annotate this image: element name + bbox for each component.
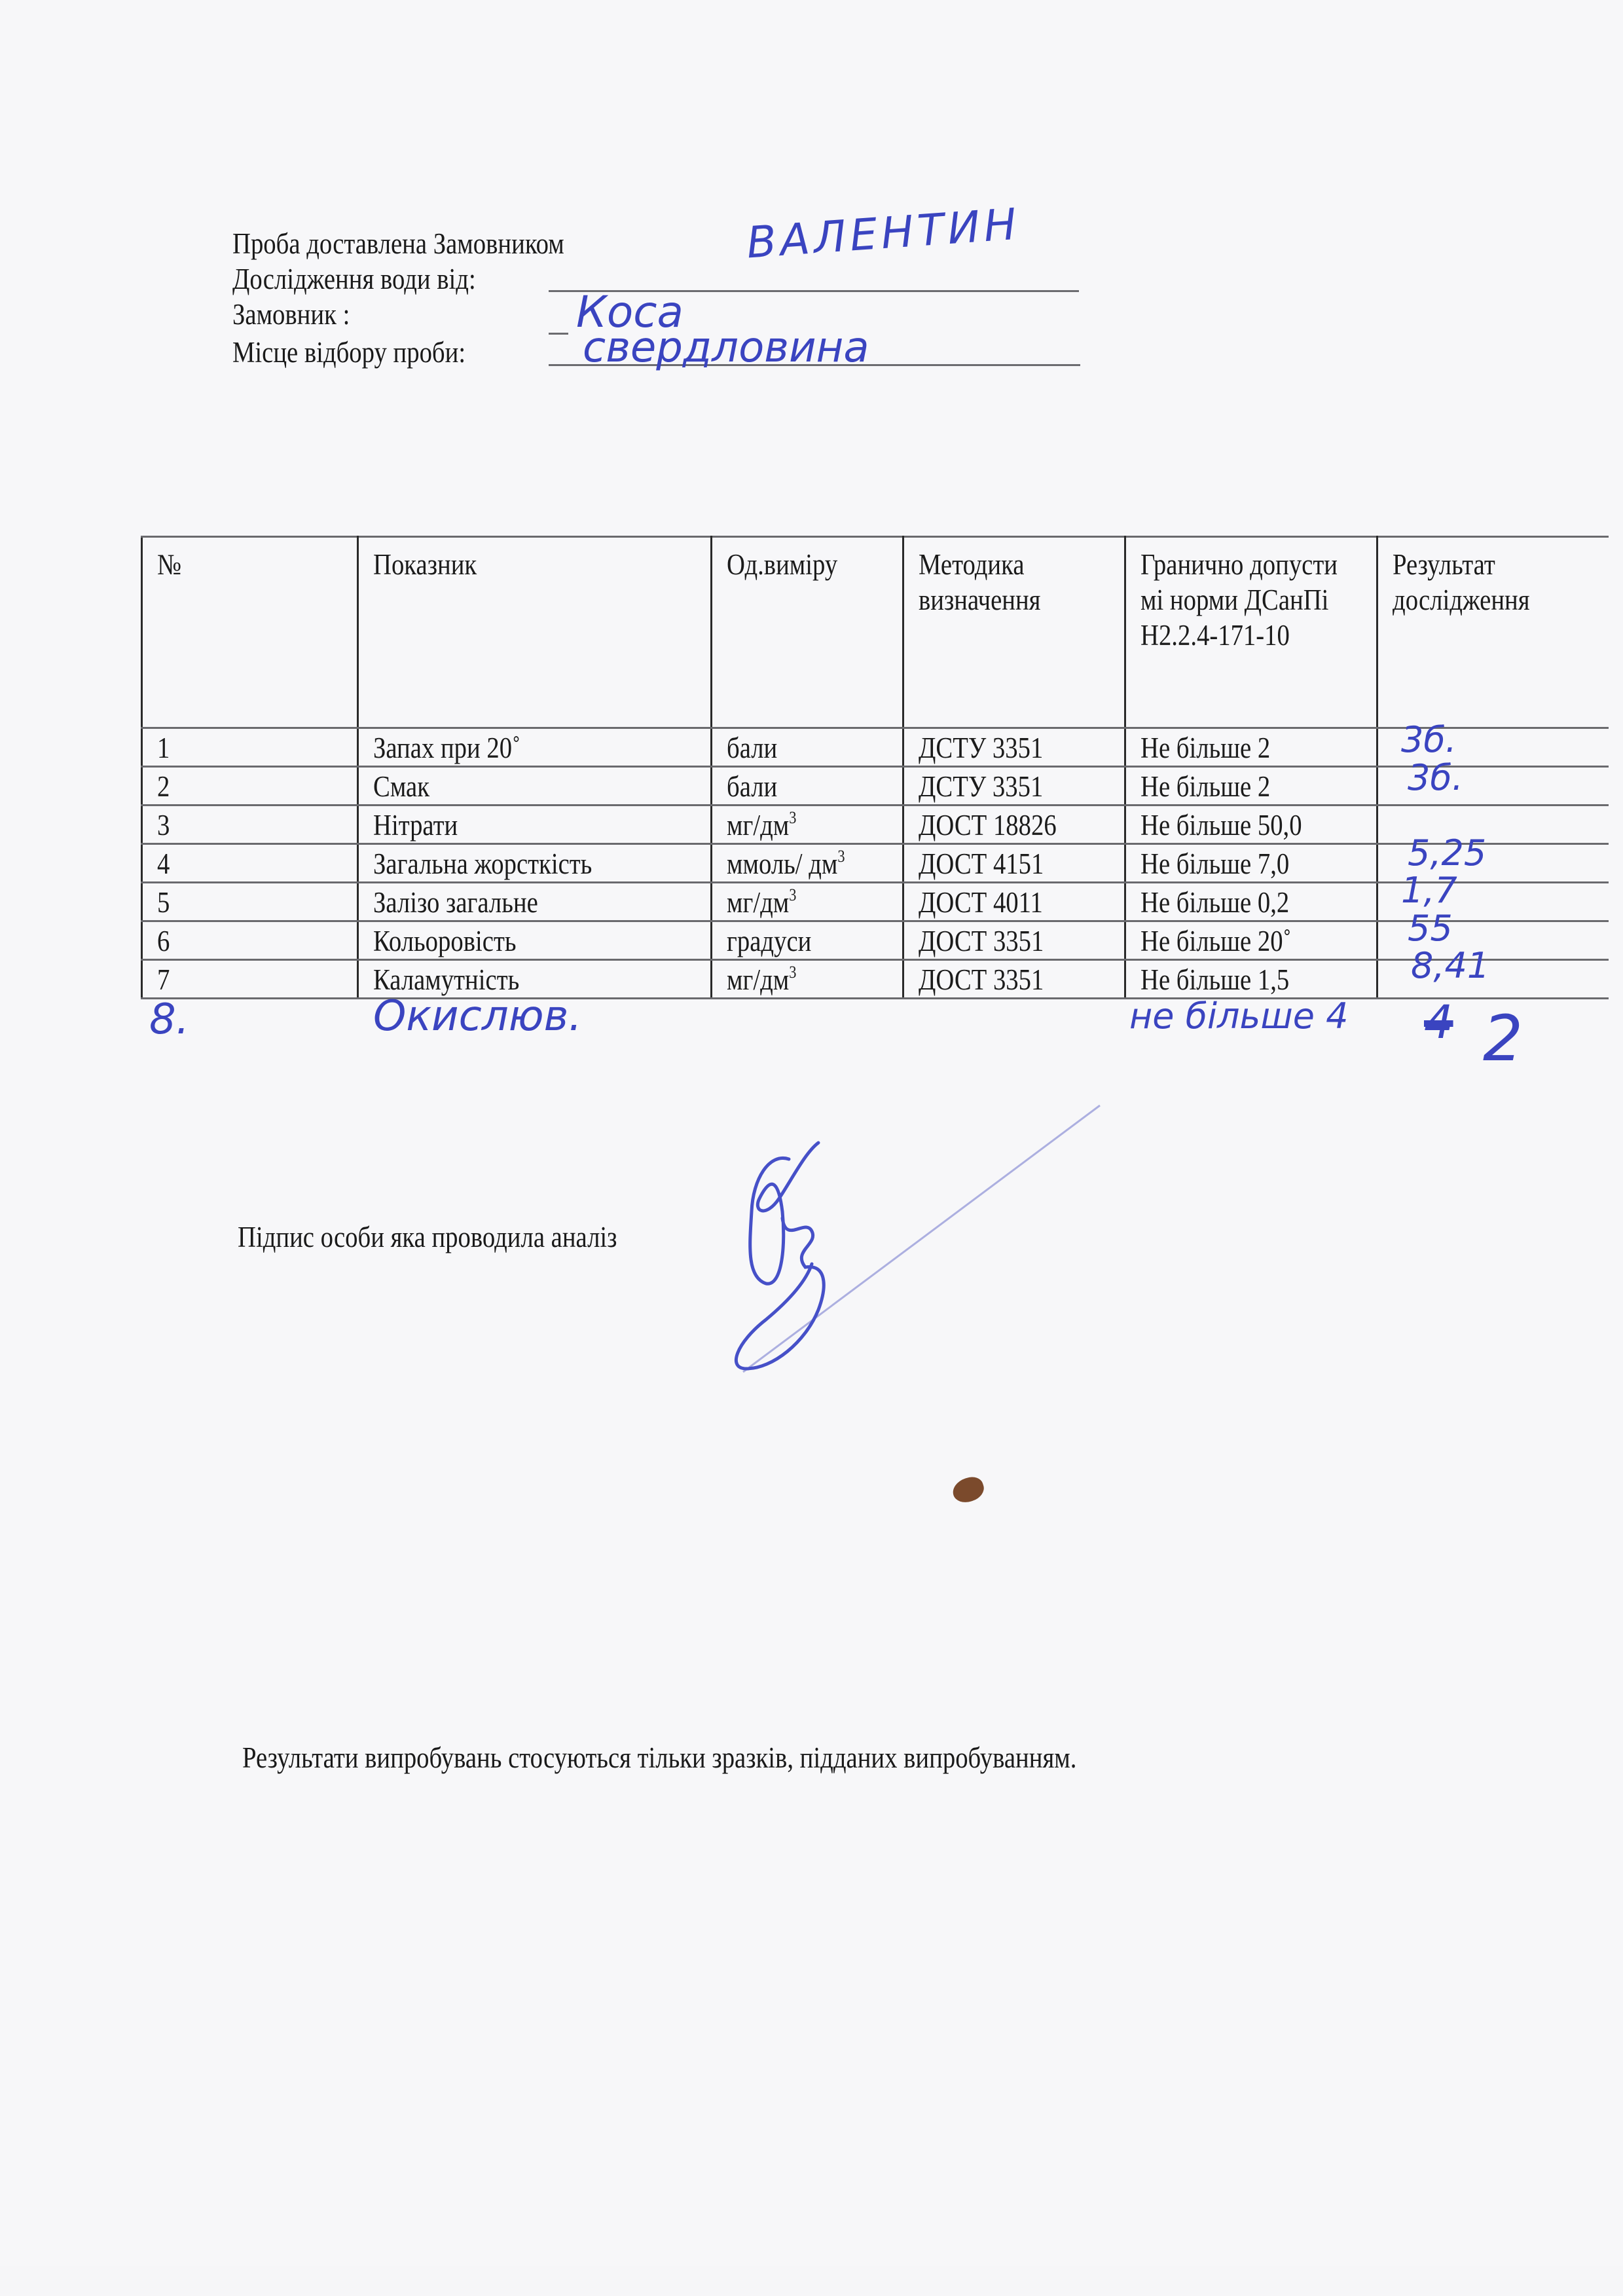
signature-icon (0, 0, 1623, 1441)
ink-stain (950, 1473, 987, 1506)
document-page: Проба доставлена Замовником ВАЛЕНТИН Дос… (0, 0, 1623, 2266)
footer-note: Результати випробувань стосуються тільки… (242, 1743, 1076, 1773)
